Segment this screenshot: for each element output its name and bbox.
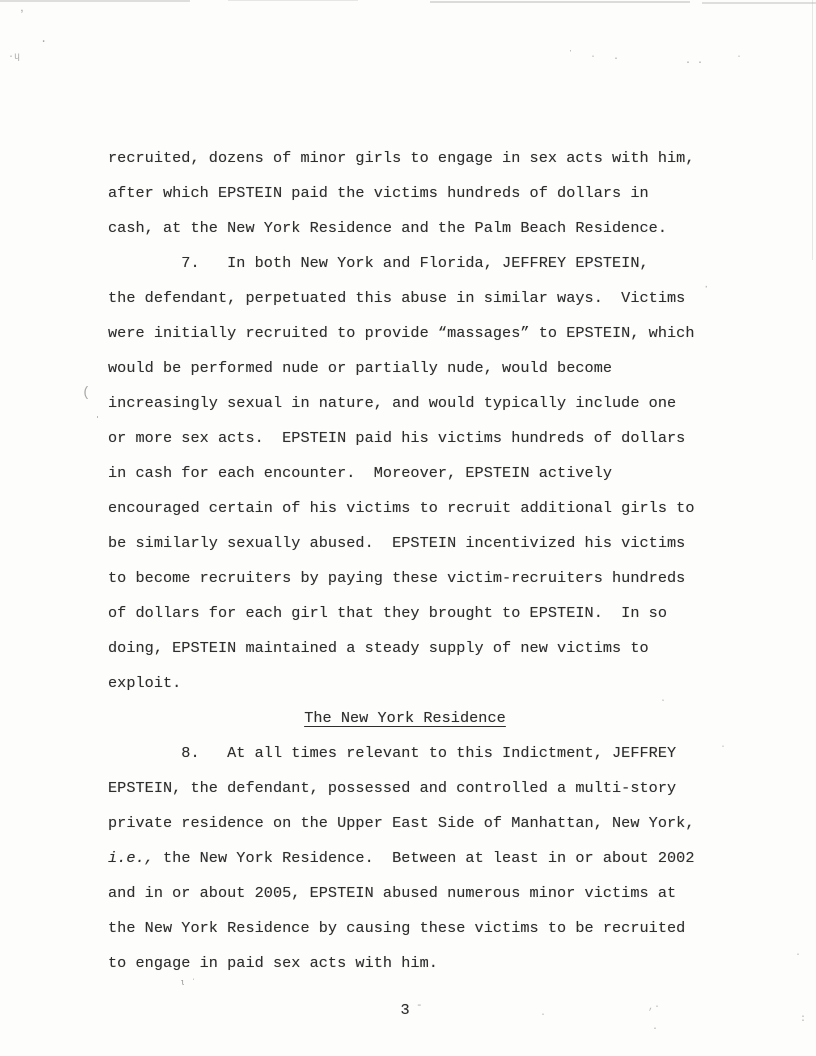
scan-edge-line (430, 1, 690, 3)
scan-speck: · (590, 52, 596, 63)
text-line: cash, at the New York Residence and the … (108, 211, 702, 246)
text-line: of dollars for each girl that they broug… (108, 596, 702, 631)
text-segment: would be performed nude or partially nud… (108, 359, 612, 377)
text-line: in cash for each encounter. Moreover, EP… (108, 456, 702, 491)
text-segment: the New York Residence. Between at least… (154, 849, 695, 867)
text-segment: be similarly sexually abused. EPSTEIN in… (108, 534, 685, 552)
text-segment: to engage in paid sex acts with him. (108, 954, 438, 972)
text-line: and in or about 2005, EPSTEIN abused num… (108, 876, 702, 911)
text-segment: private residence on the Upper East Side… (108, 814, 695, 832)
scan-edge-line (228, 0, 358, 1)
text-segment: to become recruiters by paying these vic… (108, 569, 685, 587)
text-line: would be performed nude or partially nud… (108, 351, 702, 386)
text-segment: encouraged certain of his victims to rec… (108, 499, 695, 517)
text-line: increasingly sexual in nature, and would… (108, 386, 702, 421)
text-line: the New York Residence by causing these … (108, 911, 702, 946)
text-segment: were initially recruited to provide “mas… (108, 324, 695, 342)
scan-speck: ( (82, 385, 90, 401)
document-text: recruited, dozens of minor girls to enga… (108, 141, 702, 981)
text-line: 8. At all times relevant to this Indictm… (108, 736, 702, 771)
scan-edge-line (702, 2, 816, 4)
scan-speck: · (736, 52, 742, 63)
text-segment: increasingly sexual in nature, and would… (108, 394, 676, 412)
text-line: were initially recruited to provide “mas… (108, 316, 702, 351)
text-segment: 7. In both New York and Florida, JEFFREY… (108, 254, 649, 272)
text-segment: 8. At all times relevant to this Indictm… (108, 744, 676, 762)
scan-speck: · (795, 950, 801, 961)
text-line: doing, EPSTEIN maintained a steady suppl… (108, 631, 702, 666)
text-line: or more sex acts. EPSTEIN paid his victi… (108, 421, 702, 456)
scan-speck: · (613, 54, 619, 65)
text-line: private residence on the Upper East Side… (108, 806, 702, 841)
text-segment: cash, at the New York Residence and the … (108, 219, 667, 237)
text-line: to become recruiters by paying these vic… (108, 561, 702, 596)
scan-edge-line (0, 0, 190, 2)
text-segment: the defendant, perpetuated this abuse in… (108, 289, 685, 307)
text-line: after which EPSTEIN paid the victims hun… (108, 176, 702, 211)
text-segment: i.e., (108, 849, 154, 867)
text-line: recruited, dozens of minor girls to enga… (108, 141, 702, 176)
text-segment: EPSTEIN, the defendant, possessed and co… (108, 779, 676, 797)
text-line: to engage in paid sex acts with him. (108, 946, 702, 981)
text-line: be similarly sexually abused. EPSTEIN in… (108, 526, 702, 561)
scan-speck: ʼ (18, 8, 26, 23)
text-segment: after which EPSTEIN paid the victims hun… (108, 184, 649, 202)
scan-speck: ˈ (567, 50, 574, 62)
text-line: EPSTEIN, the defendant, possessed and co… (108, 771, 702, 806)
text-segment: or more sex acts. EPSTEIN paid his victi… (108, 429, 685, 447)
text-segment: exploit. (108, 674, 181, 692)
text-segment: and in or about 2005, EPSTEIN abused num… (108, 884, 676, 902)
text-segment: in cash for each encounter. Moreover, EP… (108, 464, 612, 482)
document-page: ʼ.·ɥˈ··· ·(ˈ·ɩ ˈ-··,··:··· recruited, do… (0, 0, 816, 1056)
text-segment: doing, EPSTEIN maintained a steady suppl… (108, 639, 649, 657)
text-line: i.e., the New York Residence. Between at… (108, 841, 702, 876)
section-heading: The New York Residence (108, 701, 702, 736)
text-segment: The New York Residence (304, 709, 506, 727)
text-line: 7. In both New York and Florida, JEFFREY… (108, 246, 702, 281)
text-line: exploit. (108, 666, 702, 701)
scan-speck: · (703, 282, 710, 294)
text-segment: recruited, dozens of minor girls to enga… (108, 149, 695, 167)
text-segment: of dollars for each girl that they broug… (108, 604, 667, 622)
text-line: the defendant, perpetuated this abuse in… (108, 281, 702, 316)
text-line: encouraged certain of his victims to rec… (108, 491, 702, 526)
scan-speck: ˈ (94, 415, 101, 429)
scan-speck: · (720, 742, 726, 753)
scan-speck: · · (685, 58, 703, 69)
text-segment: the New York Residence by causing these … (108, 919, 685, 937)
page-number: 3 (0, 993, 810, 1028)
scan-speck: . (40, 32, 47, 46)
scan-speck: ·ɥ (8, 52, 20, 63)
scan-edge-line (812, 0, 813, 260)
